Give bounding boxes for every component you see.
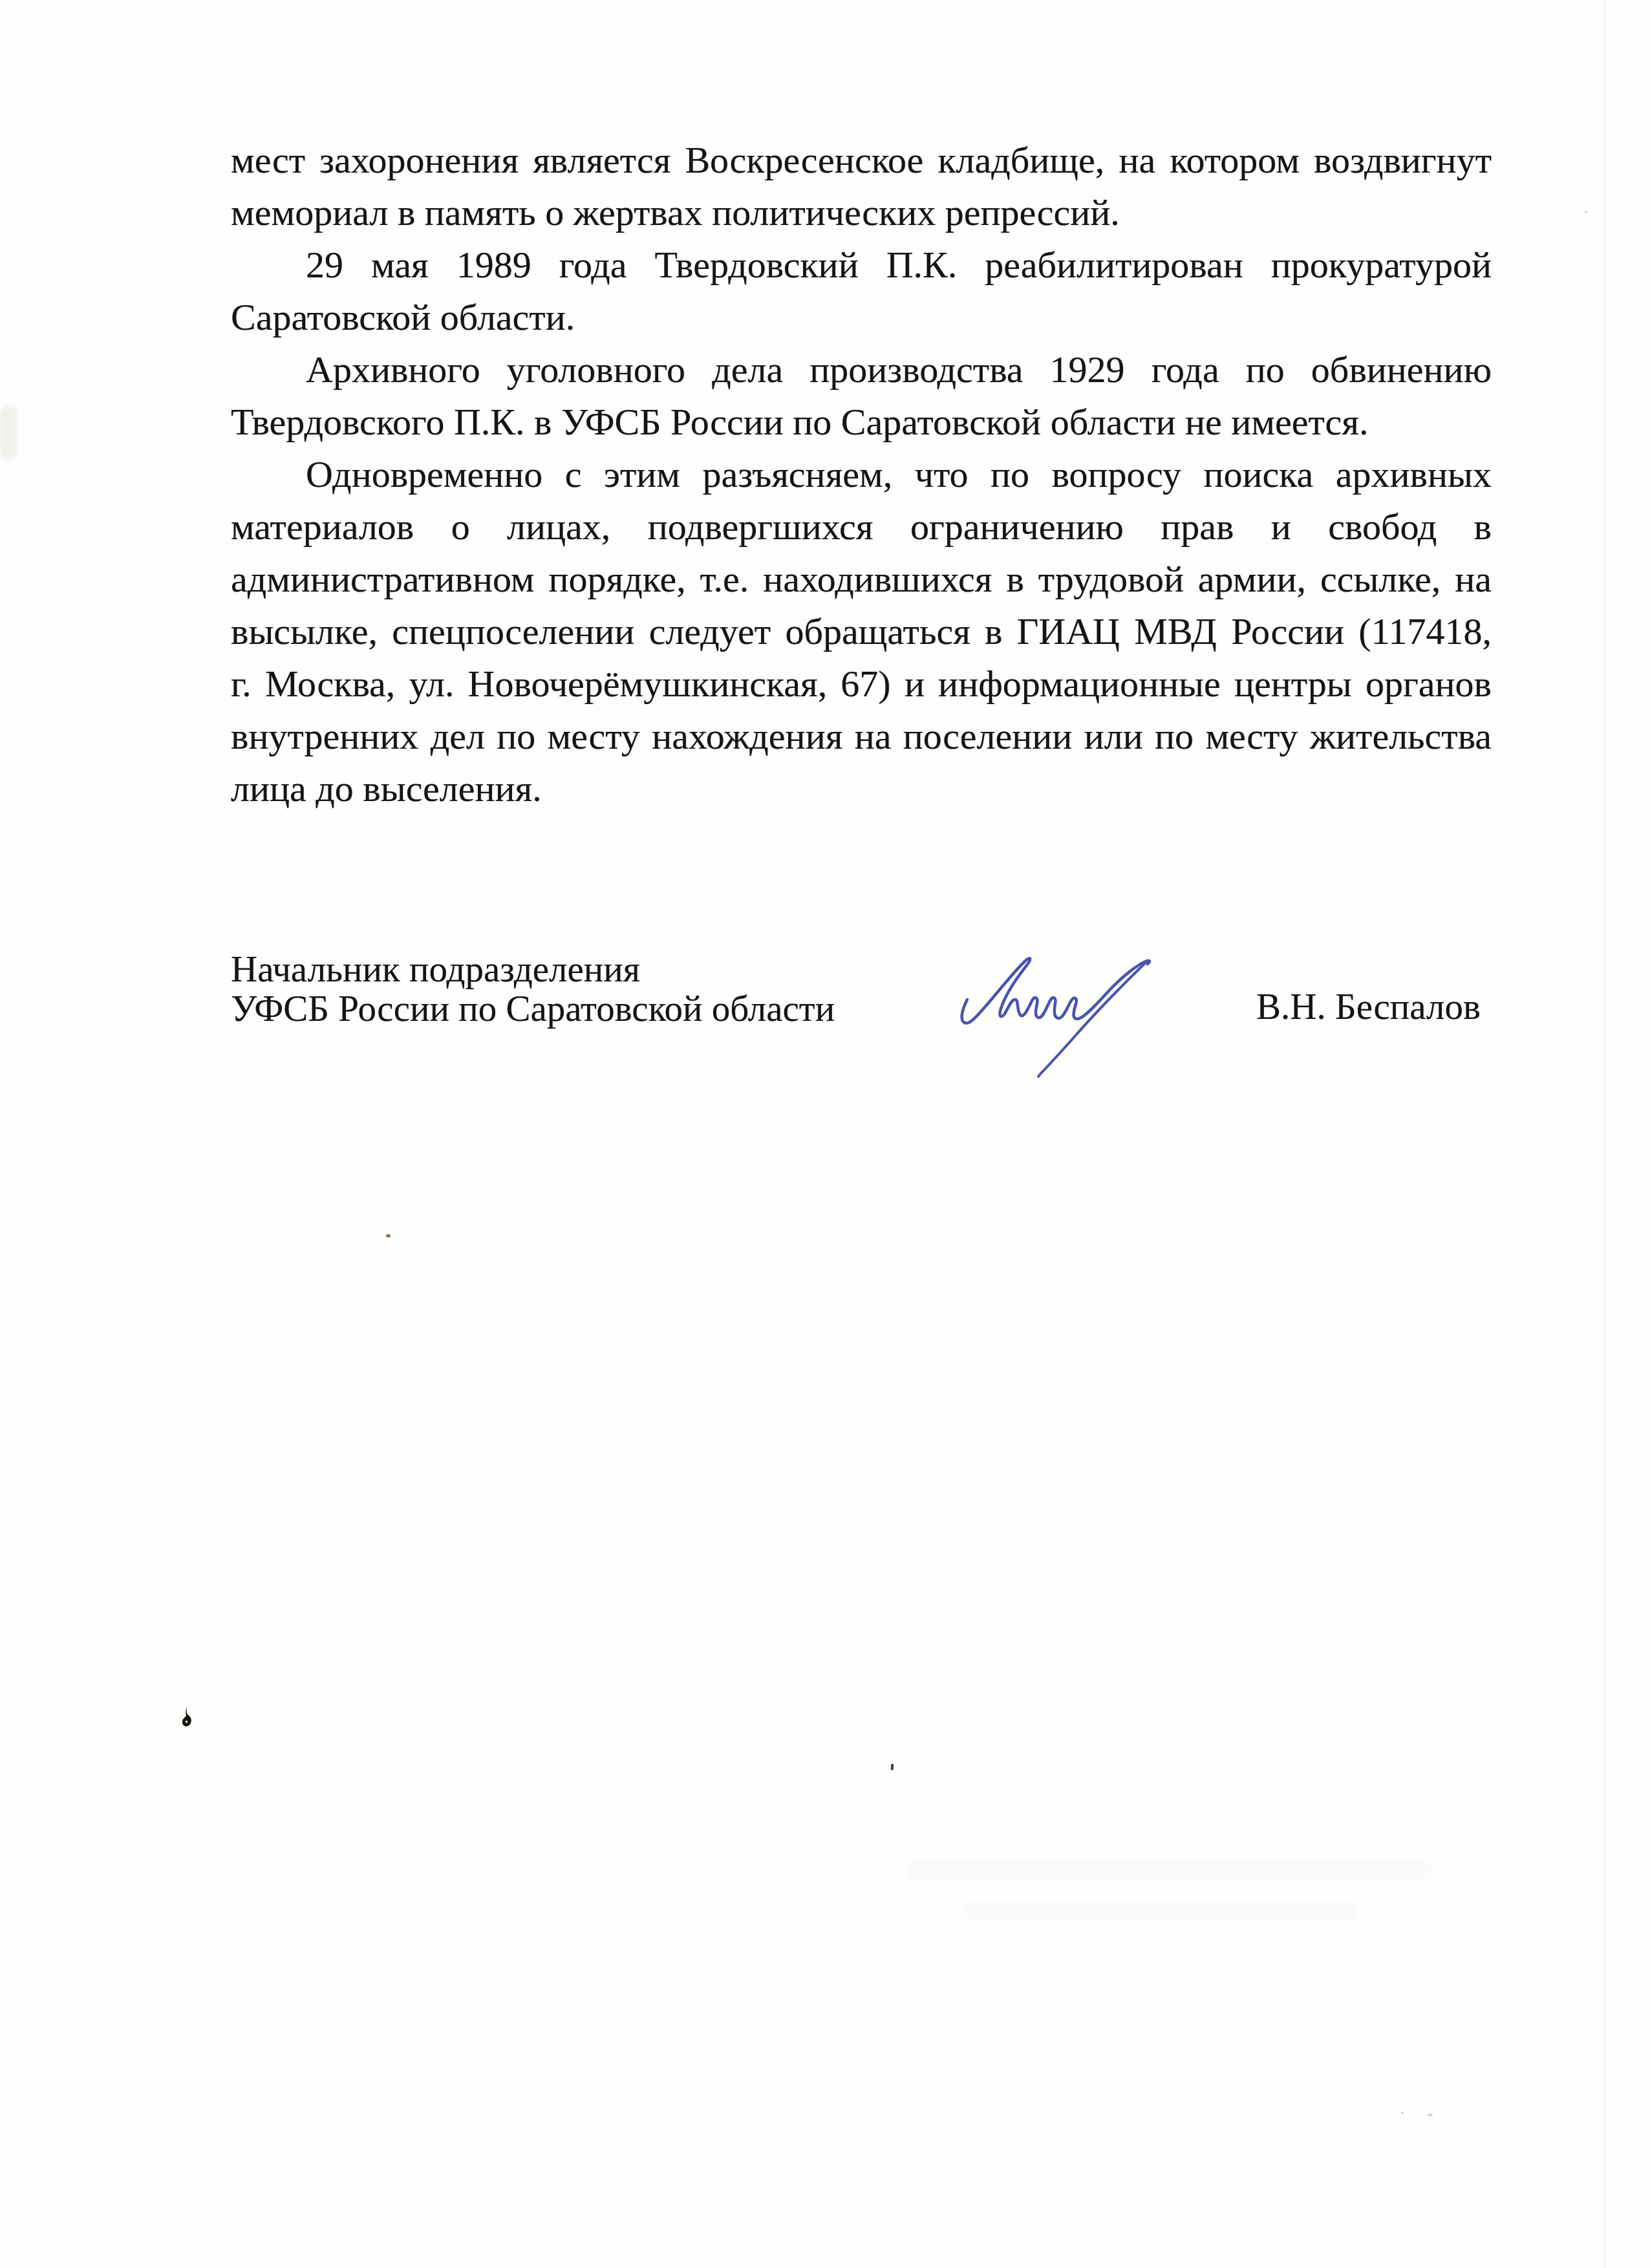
text-line: Твердовского П.К. в УФСБ России по Сарат… [231,396,1492,448]
letter-body-text: мест захоронения является Воскресенское … [231,134,1492,815]
paper-speck [1401,2112,1404,2114]
text-line: материалов о лицах, подвергшихся огранич… [231,500,1492,553]
paper-speck [1585,211,1587,213]
text-line: внутренних дел по месту нахождения на по… [231,710,1492,762]
reverse-side-bleedthrough [905,1861,1455,1928]
handwritten-signature-ink [927,939,1166,1087]
bleedthrough-line [960,1902,1356,1921]
signatory-title: Начальник подразделения УФСБ России по С… [231,950,835,1029]
scanner-streak-artifact [1604,0,1605,2268]
text-line: г. Москва, ул. Новочерёмушкинская, 67) и… [231,658,1492,710]
paper-speck [891,1764,894,1770]
scanned-letter-page: мест захоронения является Воскресенское … [0,0,1650,2268]
paper-speck [1428,2113,1433,2116]
text-line: высылке, спецпоселении следует обращатьс… [231,605,1492,658]
signatory-title-line-2: УФСБ России по Саратовской области [231,989,835,1029]
text-line: Саратовской области. [231,291,1492,343]
paper-speck [386,1234,391,1237]
text-line: Одновременно с этим разъясняем, что по в… [231,448,1492,500]
text-line: мемориал в память о жертвах политических… [231,186,1492,239]
text-line: мест захоронения является Воскресенское … [231,134,1492,186]
text-line: лица до выселения. [231,762,1492,815]
bleedthrough-line [905,1861,1433,1880]
ink-blot-artifact [181,1707,194,1729]
edge-smudge-artifact [0,406,17,460]
signatory-title-line-1: Начальник подразделения [231,950,835,989]
text-line: Архивного уголовного дела производства 1… [231,343,1492,396]
text-line: 29 мая 1989 года Твердовский П.К. реабил… [231,239,1492,291]
text-line: административном порядке, т.е. находивши… [231,553,1492,605]
signatory-name: В.Н. Беспалов [1256,987,1481,1027]
